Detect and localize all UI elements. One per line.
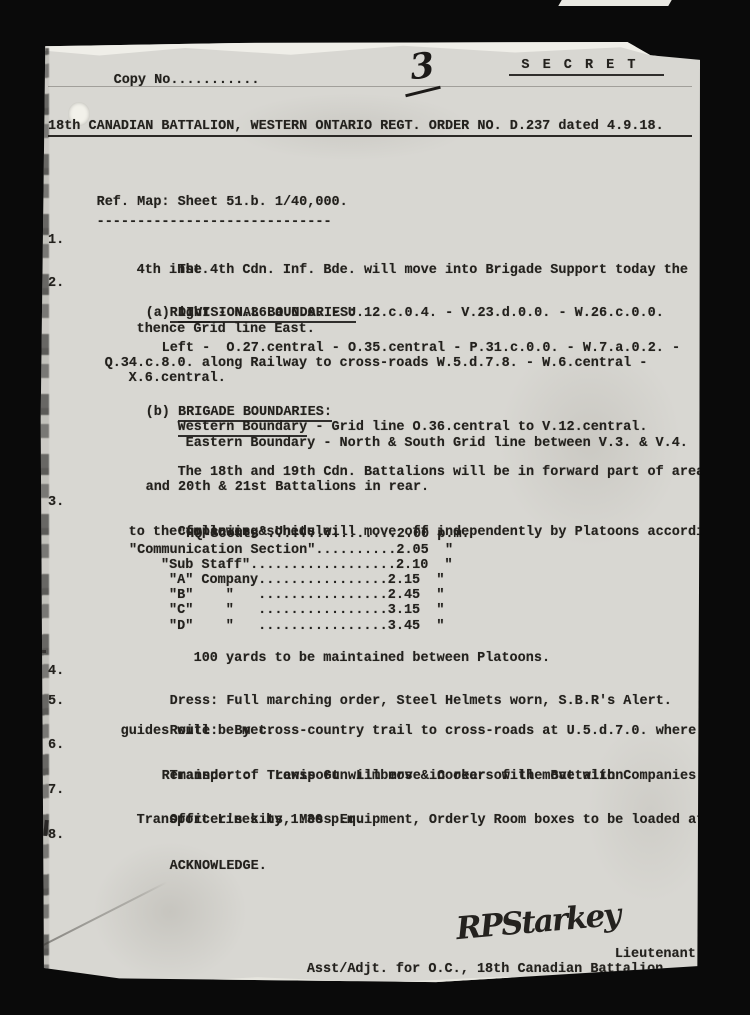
order-item-7-cont: Transport Lines by 1.30 p.m. xyxy=(48,798,692,813)
item-number: 7. xyxy=(48,783,64,798)
copy-number-row: Copy No........... 3 S E C R E T xyxy=(48,58,692,73)
signature-regiment: Western Ontario Regiment. xyxy=(502,977,705,992)
brigade-western-boundary: Western Boundary - Grid line O.36.centra… xyxy=(48,405,692,420)
item-number: 4. xyxy=(48,664,64,679)
order-title: 18th CANADIAN BATTALION, WESTERN ONTARIO… xyxy=(48,119,692,137)
order-item-6: 6. Transport: Lewis Gun Limbers & Cooker… xyxy=(48,738,692,753)
order-item-5: 5. Route: By cross-country trail to cros… xyxy=(48,694,692,709)
schedule-row: "C" " ................3.15 " xyxy=(48,603,692,618)
schedule-entry: "A" Company................2.15 " xyxy=(169,573,444,588)
item-number: 1. xyxy=(48,233,64,248)
signature-block: RPStarkey Lieutenant. Asst/Adjt. for O.C… xyxy=(48,931,692,977)
schedule-entry: "Communication Section"..........2.05 " xyxy=(129,543,453,558)
item-text: guides will be met. xyxy=(121,724,275,739)
scan-artifact-sliver xyxy=(558,0,671,6)
item-text: ACKNOWLEDGE. xyxy=(170,859,267,874)
battalion-disposition-note-cont: and 20th & 21st Battalions in rear. xyxy=(48,465,692,480)
battalion-disposition-note: The 18th and 19th Cdn. Battalions will b… xyxy=(48,450,692,465)
order-title-row: 18th CANADIAN BATTALION, WESTERN ONTARIO… xyxy=(48,88,692,167)
item-number: 3. xyxy=(48,495,64,510)
signature-title-row: Asst/Adjt. for O.C., 18th Canadian Batta… xyxy=(48,947,692,962)
order-item-6-cont: Remainder of Transport will move in rear… xyxy=(48,754,692,769)
schedule-entry: "Sub Staff"..................2.10 " xyxy=(161,558,453,573)
order-item-3: 3. Companies & Units will move off indep… xyxy=(48,495,692,510)
schedule-entry: "B" " ................2.45 " xyxy=(169,588,444,603)
item-text: Transport Lines by 1.30 p.m. xyxy=(137,813,364,828)
divisional-left-boundary: Left - O.27.central - O.35.central - P.3… xyxy=(48,326,692,341)
schedule-row: "A" Company................2.15 " xyxy=(48,573,692,588)
item-text: Remainder of Transport will move in rear… xyxy=(162,769,632,784)
schedule-entry: "D" " ................3.45 " xyxy=(169,619,444,634)
torn-edge-top xyxy=(40,42,700,57)
note-text: and 20th & 21st Battalions in rear. xyxy=(146,480,430,495)
schedule-footer: 100 yards to be maintained between Plato… xyxy=(48,636,692,651)
schedule-entry: "C" " ................3.15 " xyxy=(169,603,444,618)
boundary-coords: X.6.central. xyxy=(129,371,226,386)
dashed-divider: ----------------------------- xyxy=(97,215,332,230)
order-item-3-cont: to the following schedule: xyxy=(48,510,692,525)
item-number: 2. xyxy=(48,276,64,291)
schedule-row: "B" " ................2.45 " xyxy=(48,588,692,603)
item-number: 5. xyxy=(48,694,64,709)
schedule-row: "HQ Scouts"................2.00 p.m. xyxy=(48,527,692,542)
order-item-1: 1. The 4th Cdn. Inf. Bde. will move into… xyxy=(48,233,692,248)
divisional-right-boundary: Right - N.36.a.0.0. - U.12.c.0.4. - V.23… xyxy=(48,291,692,306)
typewritten-content: Copy No........... 3 S E C R E T 18th CA… xyxy=(48,58,692,977)
item-number: 8. xyxy=(48,828,64,843)
order-item-5-cont: guides will be met. xyxy=(48,709,692,724)
signature-rank-row: Lieutenant. xyxy=(48,931,692,946)
schedule-row: "Sub Staff"..................2.10 " xyxy=(48,558,692,573)
handwritten-copy-number: 3 xyxy=(408,48,436,86)
copy-number-label: Copy No........... xyxy=(114,73,260,88)
divisional-left-cont-2: X.6.central. xyxy=(48,356,692,371)
divisional-right-cont: thence Grid line East. xyxy=(48,306,692,321)
item-number: 6. xyxy=(48,738,64,753)
order-item-2a-heading: 2. (a) DIVISIONAL BOUNDARIES: xyxy=(48,276,692,291)
schedule-entry: "HQ Scouts"................2.00 p.m. xyxy=(178,527,470,542)
divisional-left-cont: Q.34.c.8.0. along Railway to cross-roads… xyxy=(48,341,692,356)
divider-row: ----------------------------- xyxy=(48,199,692,214)
order-item-4: 4. Dress: Full marching order, Steel Hel… xyxy=(48,664,692,679)
brigade-eastern-boundary: Eastern Boundary - North & South Grid li… xyxy=(48,420,692,435)
order-item-1-cont: 4th inst. xyxy=(48,248,692,263)
order-item-2b-heading: (b) BRIGADE BOUNDARIES: xyxy=(48,390,692,405)
boundary-coords: Eastern Boundary - North & South Grid li… xyxy=(186,436,688,451)
order-item-7: 7. Officer's kits, Mess Equipment, Order… xyxy=(48,783,692,798)
signature-regiment-row: Western Ontario Regiment. xyxy=(48,962,692,977)
pen-mark xyxy=(34,650,46,653)
scanned-document-page: { "colors":{"background":"#0a0a0a","pape… xyxy=(0,0,750,1015)
schedule-row: "D" " ................3.45 " xyxy=(48,619,692,634)
ref-map-row: Ref. Map: Sheet 51.b. 1/40,000. xyxy=(48,180,692,195)
classification-stamp: S E C R E T xyxy=(509,58,664,76)
schedule-row: "Communication Section"..........2.05 " xyxy=(48,543,692,558)
document-sheet: Copy No........... 3 S E C R E T 18th CA… xyxy=(40,42,700,985)
order-item-8: 8. ACKNOWLEDGE. xyxy=(48,828,692,843)
